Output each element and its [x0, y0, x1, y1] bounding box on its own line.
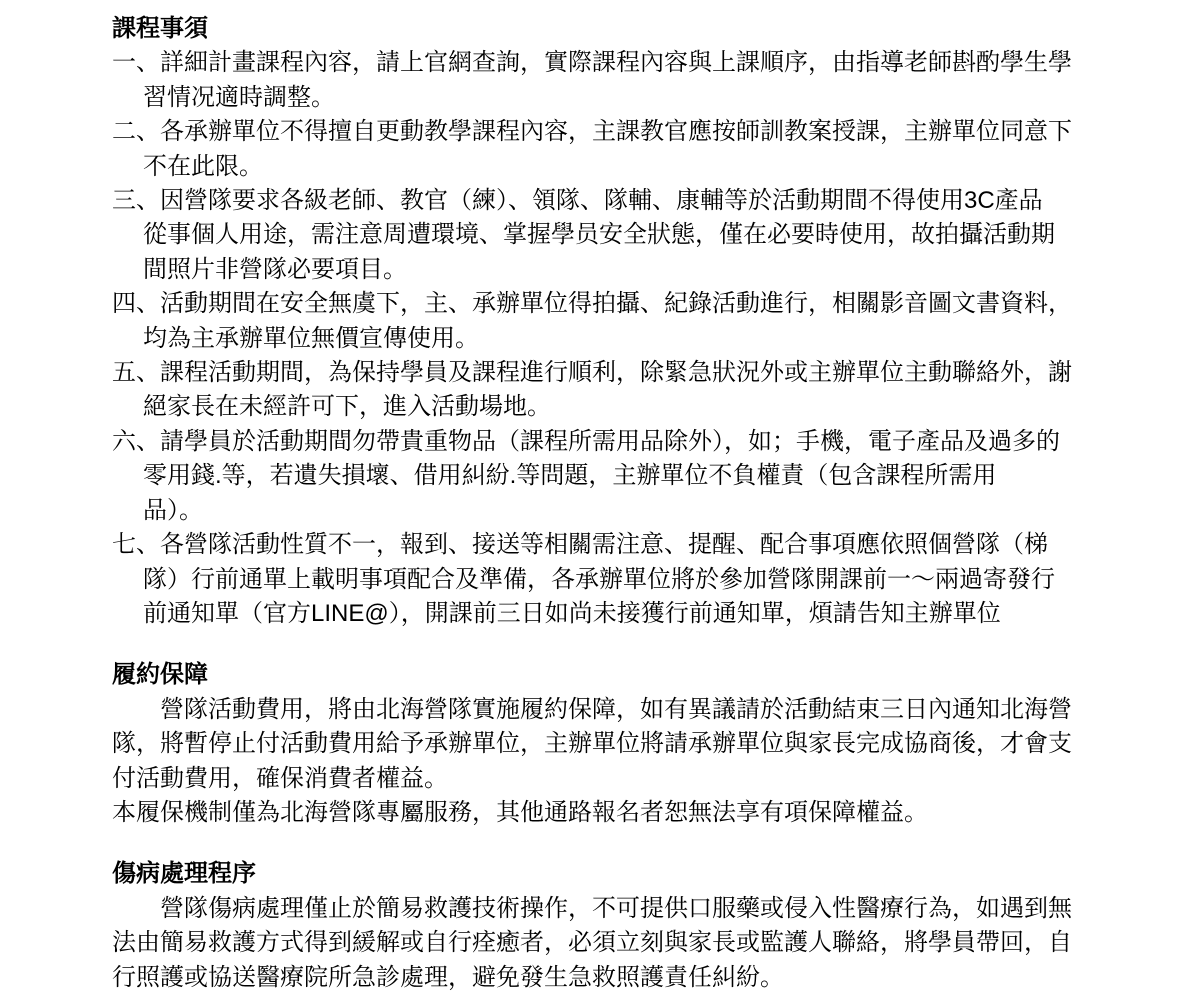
text-line: 營隊傷病處理僅止於簡易救護技術操作，不可提供口服藥或侵入性醫療行為，如遇到無: [112, 892, 1090, 926]
text-line: 七、各營隊活動性質不一，報到、接送等相關需注意、提醒、配合事項應依照個營隊（梯: [143, 528, 1090, 562]
list-item-7: 七、各營隊活動性質不一，報到、接送等相關需注意、提醒、配合事項應依照個營隊（梯隊…: [112, 528, 1090, 631]
text-line: 法由簡易救護方式得到緩解或自行痊癒者，必須立刻與家長或監護人聯絡，將學員帶回，自: [112, 926, 1090, 960]
text-line: 四、活動期間在安全無虞下，主、承辦單位得拍攝、紀錄活動進行，相關影音圖文書資料，: [143, 287, 1090, 321]
text-line: 五、課程活動期間，為保持學員及課程進行順利，除緊急狀況外或主辦單位主動聯絡外，謝: [143, 356, 1090, 390]
item-text: 詳細計畫課程內容，請上官網查詢，實際課程內容與上課順序，由指導老師斟酌學生學: [160, 49, 1072, 76]
text-line: 二、各承辦單位不得擅自更動教學課程內容，主課教官應按師訓教案授課，主辦單位同意下: [143, 115, 1090, 149]
text-line: 隊）行前通單上載明事項配合及準備，各承辦單位將於參加營隊開課前一～兩過寄發行: [143, 563, 1090, 597]
section-heading-course-notes: 課程事須: [112, 12, 1090, 46]
text-line: 前通知單（官方LINE@），開課前三日如尚未接獲行前通知單，煩請告知主辦單位: [143, 597, 1090, 631]
item-text: 各營隊活動性質不一，報到、接送等相關需注意、提醒、配合事項應依照個營隊（梯: [160, 531, 1048, 558]
list-item-1: 一、詳細計畫課程內容，請上官網查詢，實際課程內容與上課順序，由指導老師斟酌學生學…: [112, 46, 1090, 115]
text-line: 習情况適時調整。: [143, 81, 1090, 115]
document-body: 課程事須一、詳細計畫課程內容，請上官網查詢，實際課程內容與上課順序，由指導老師斟…: [0, 0, 1190, 995]
text-line: 不在此限。: [143, 150, 1090, 184]
list-item-2: 二、各承辦單位不得擅自更動教學課程內容，主課教官應按師訓教案授課，主辦單位同意下…: [112, 115, 1090, 184]
text-line: 一、詳細計畫課程內容，請上官網查詢，實際課程內容與上課順序，由指導老師斟酌學生學: [143, 46, 1090, 80]
item-number-marker: 七、: [112, 531, 160, 558]
item-number-marker: 五、: [112, 359, 160, 386]
item-text: 各承辦單位不得擅自更動教學課程內容，主課教官應按師訓教案授課，主辦單位同意下: [160, 118, 1072, 145]
item-text: 因營隊要求各級老師、教官（練）、領隊、隊輔、康輔等於活動期間不得使用3C產品: [160, 187, 1043, 214]
list-item-3: 三、因營隊要求各級老師、教官（練）、領隊、隊輔、康輔等於活動期間不得使用3C產品…: [112, 184, 1090, 287]
text-line: 行照護或協送醫療院所急診處理，避免發生急救照護責任糾紛。: [112, 961, 1090, 995]
text-line: 絕家長在未經許可下，進入活動場地。: [143, 390, 1090, 424]
text-line: 營隊活動費用，將由北海營隊實施履約保障，如有異議請於活動結束三日內通知北海營: [112, 693, 1090, 727]
item-number-marker: 六、: [112, 428, 160, 455]
text-line: 品）。: [143, 494, 1090, 528]
text-line: 均為主承辦單位無價宣傳使用。: [143, 322, 1090, 356]
section-performance-guarantee: 履約保障 營隊活動費用，將由北海營隊實施履約保障，如有異議請於活動結束三日內通知…: [112, 658, 1090, 830]
item-text: 請學員於活動期間勿帶貴重物品（課程所需用品除外），如；手機，電子產品及過多的: [160, 428, 1060, 455]
list-item-4: 四、活動期間在安全無虞下，主、承辦單位得拍攝、紀錄活動進行，相關影音圖文書資料，…: [112, 287, 1090, 356]
text-line: 本履保機制僅為北海營隊專屬服務，其他通路報名者恕無法享有項保障權益。: [112, 796, 1090, 830]
text-line: 三、因營隊要求各級老師、教官（練）、領隊、隊輔、康輔等於活動期間不得使用3C產品: [143, 184, 1090, 218]
text-line: 隊，將暫停止付活動費用給予承辦單位，主辦單位將請承辦單位與家長完成協商後，才會支: [112, 727, 1090, 761]
text-line: 從事個人用途，需注意周遭環境、掌握學员安全狀態，僅在必要時使用，故拍攝活動期: [143, 218, 1090, 252]
item-text: 課程活動期間，為保持學員及課程進行順利，除緊急狀況外或主辦單位主動聯絡外，謝: [160, 359, 1072, 386]
text-line: 間照片非營隊必要項目。: [143, 253, 1090, 287]
list-item-5: 五、課程活動期間，為保持學員及課程進行順利，除緊急狀況外或主辦單位主動聯絡外，謝…: [112, 356, 1090, 425]
item-text: 活動期間在安全無虞下，主、承辦單位得拍攝、紀錄活動進行，相關影音圖文書資料，: [160, 290, 1072, 317]
item-number-marker: 三、: [112, 187, 160, 214]
item-number-marker: 二、: [112, 118, 160, 145]
text-line: 六、請學員於活動期間勿帶貴重物品（課程所需用品除外），如；手機，電子產品及過多的: [143, 425, 1090, 459]
text-line: 零用錢.等，若遺失損壞、借用糾紛.等問題，主辦單位不負權責（包含課程所需用: [143, 459, 1090, 493]
section-heading-injury-illness-procedure: 傷病處理程序: [112, 857, 1090, 891]
section-injury-illness-procedure: 傷病處理程序 營隊傷病處理僅止於簡易救護技術操作，不可提供口服藥或侵入性醫療行為…: [112, 857, 1090, 995]
item-number-marker: 一、: [112, 49, 160, 76]
list-item-6: 六、請學員於活動期間勿帶貴重物品（課程所需用品除外），如；手機，電子產品及過多的…: [112, 425, 1090, 528]
section-heading-performance-guarantee: 履約保障: [112, 658, 1090, 692]
item-number-marker: 四、: [112, 290, 160, 317]
section-course-notes: 課程事須一、詳細計畫課程內容，請上官網查詢，實際課程內容與上課順序，由指導老師斟…: [112, 12, 1090, 631]
text-line: 付活動費用，確保消費者權益。: [112, 762, 1090, 796]
